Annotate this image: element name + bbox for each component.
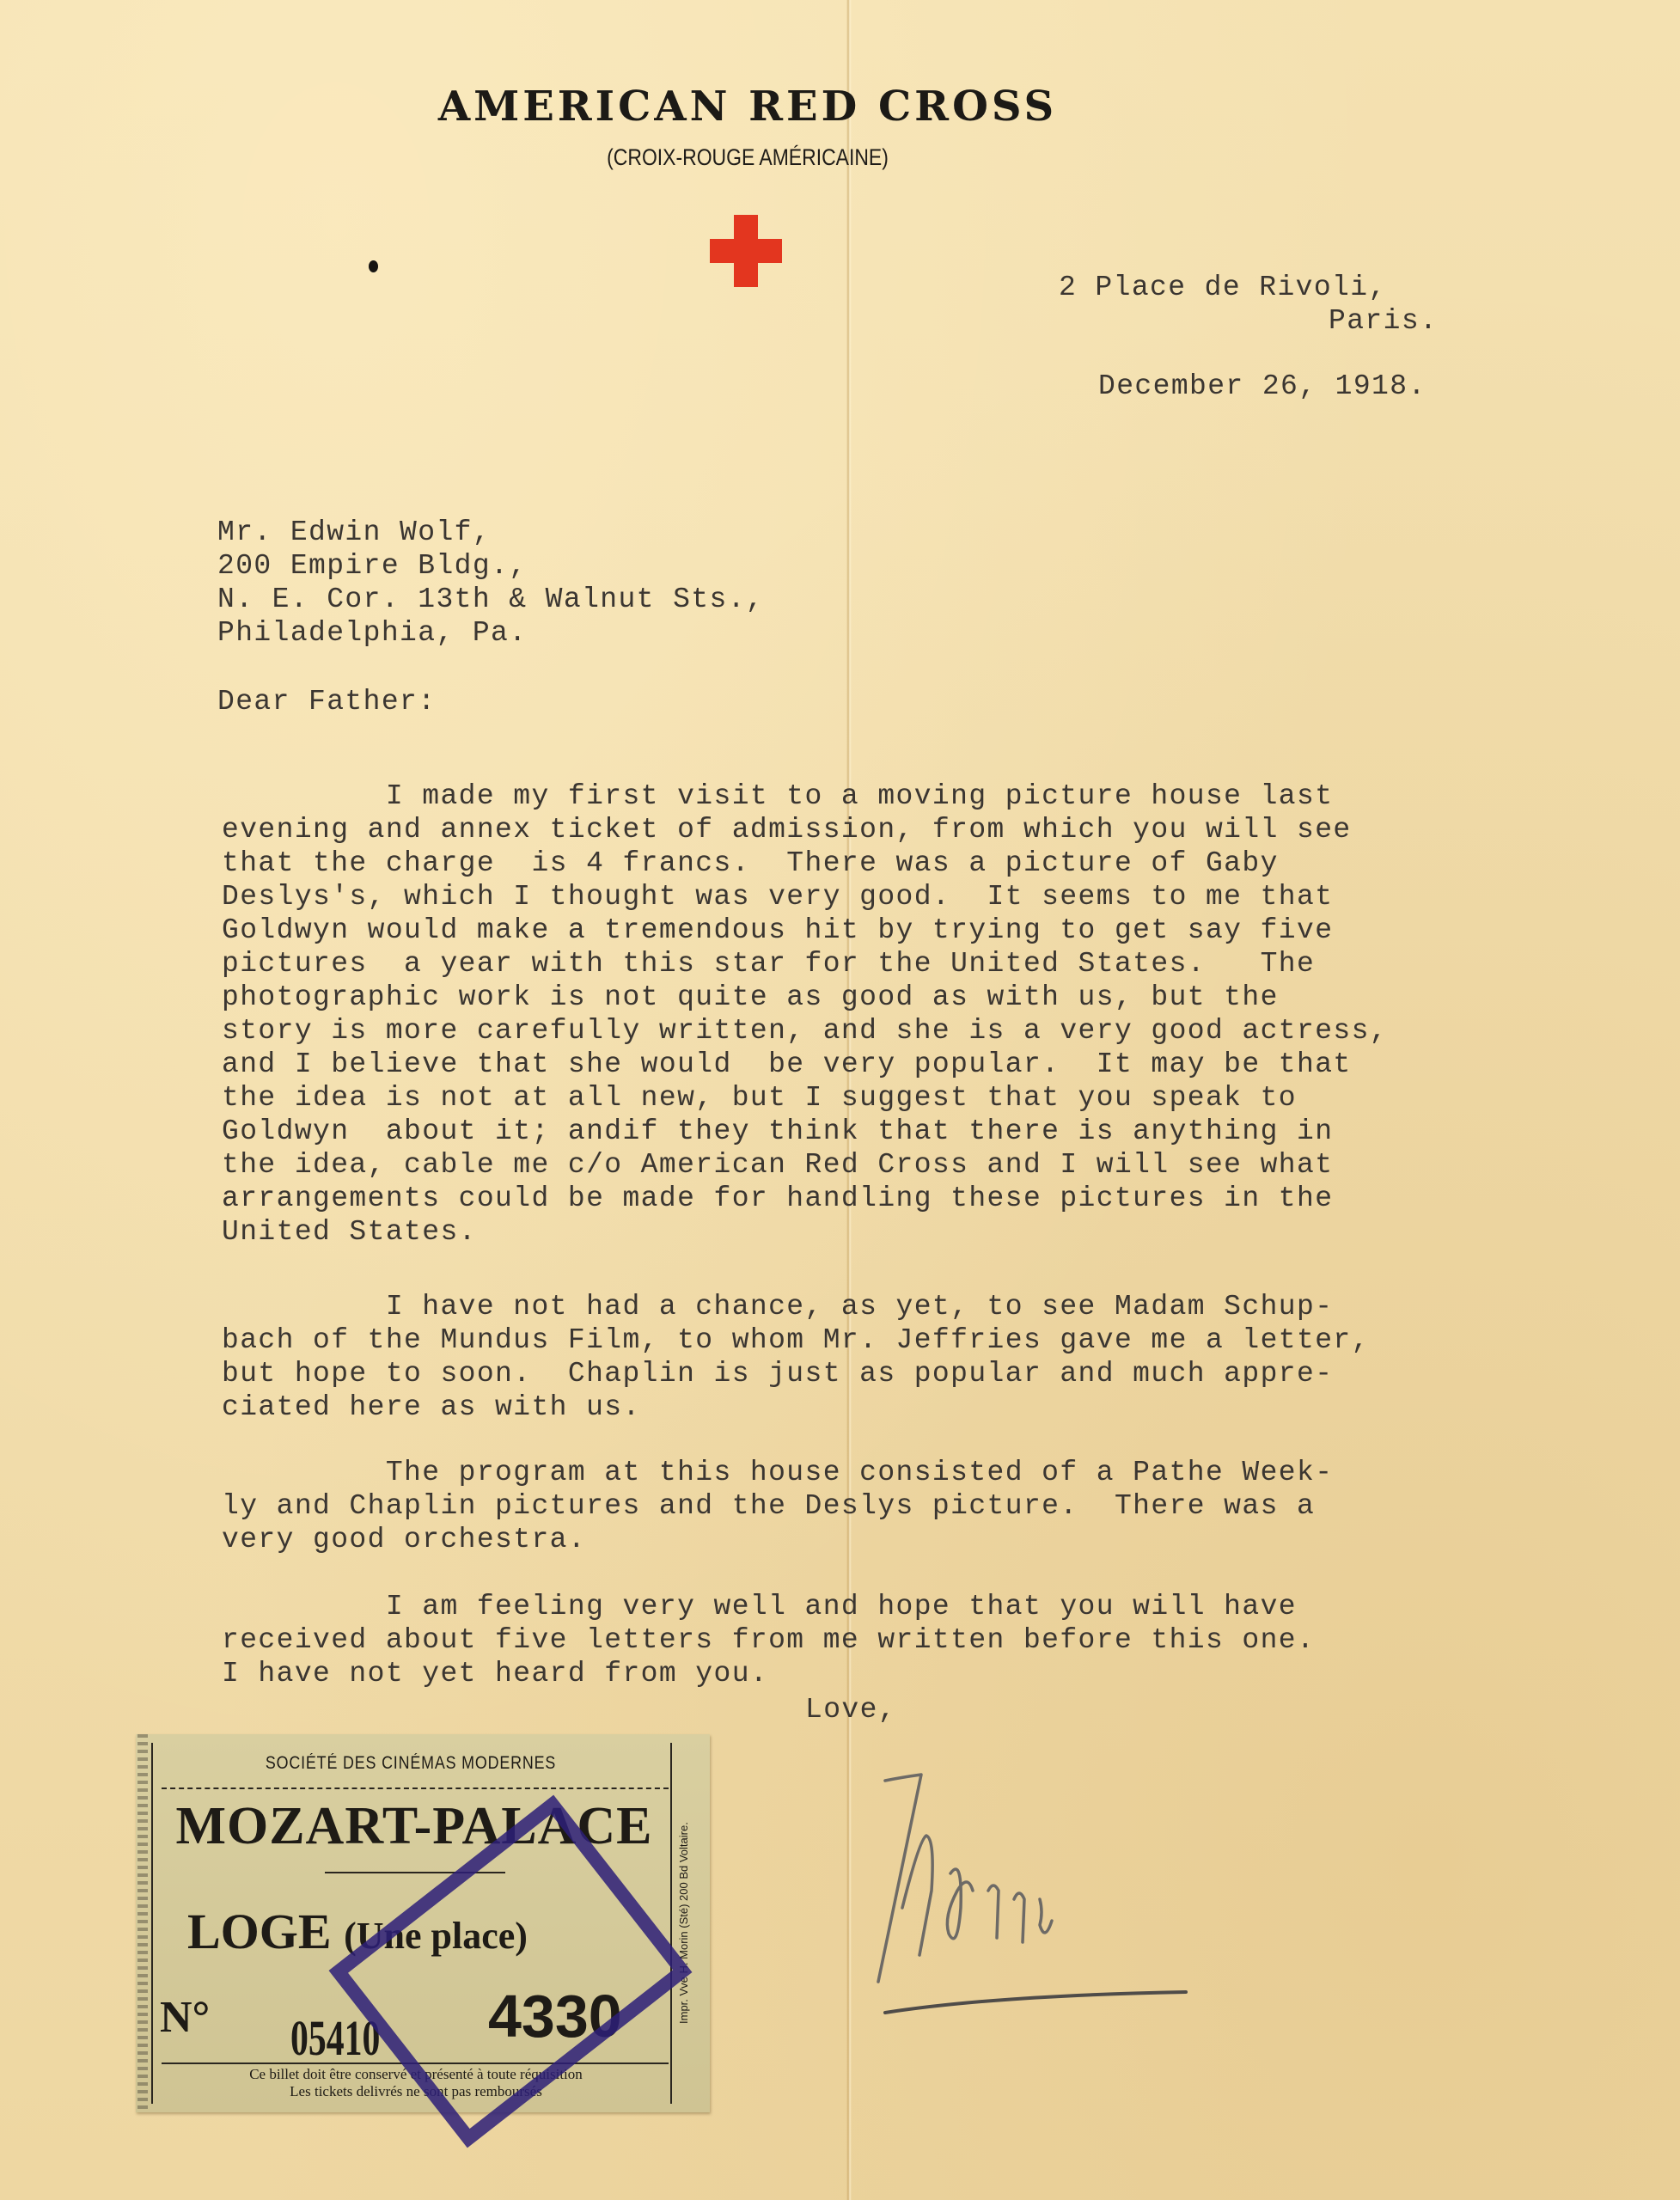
body-line: very good orchestra. [222,1523,1333,1556]
recipient-address: Mr. Edwin Wolf,200 Empire Bldg.,N. E. Co… [217,516,764,650]
body-line: I have not yet heard from you. [222,1657,1315,1690]
recipient-line: Mr. Edwin Wolf, [217,516,764,549]
body-line: I have not had a chance, as yet, to see … [222,1290,1370,1323]
red-cross-icon [710,215,782,287]
body-line: received about five letters from me writ… [222,1623,1315,1657]
body-line: United States. [222,1215,1388,1249]
ticket-border [670,1743,672,2104]
body-line: Goldwyn would make a tremendous hit by t… [222,914,1388,947]
closing: Love, [805,1693,896,1726]
body-line: the idea is not at all new, but I sugges… [222,1081,1388,1115]
body-line: ciated here as with us. [222,1390,1370,1424]
body-line: that the charge is 4 francs. There was a… [222,846,1388,880]
body-line: Goldwyn about it; andif they think that … [222,1115,1388,1148]
recipient-line: 200 Empire Bldg., [217,549,764,583]
ticket-divider [162,1787,669,1789]
sender-address-line: 2 Place de Rivoli, [1059,271,1438,304]
ticket-seat-type: LOGE [187,1904,332,1959]
ticket-company: SOCIÉTÉ DES CINÉMAS MODERNES [199,1753,623,1774]
body-line: evening and annex ticket of admission, f… [222,813,1388,846]
body-line: ly and Chaplin pictures and the Deslys p… [222,1489,1333,1523]
body-paragraph-1: I made my first visit to a moving pictur… [222,746,1388,1282]
body-line: I made my first visit to a moving pictur… [222,779,1388,813]
body-line: and I believe that she would be very pop… [222,1048,1388,1081]
body-line: I am feeling very well and hope that you… [222,1590,1315,1623]
ticket-border [151,1743,153,2104]
recipient-line: N. E. Cor. 13th & Walnut Sts., [217,583,764,616]
ticket-perforation [137,1734,148,2112]
body-line: pictures a year with this star for the U… [222,947,1388,981]
recipient-line: Philadelphia, Pa. [217,616,764,650]
body-line: the idea, cable me c/o American Red Cros… [222,1148,1388,1182]
ticket-note: Les tickets delivrés ne sont pas rembour… [158,2083,674,2100]
salutation: Dear Father: [217,685,436,718]
signature-morris-icon [868,1770,1229,2020]
letter-date: December 26, 1918. [1098,370,1426,403]
body-line: The program at this house consisted of a… [222,1456,1333,1489]
letterhead-subtitle: (CROIX-ROUGE AMÉRICAINE) [492,144,1004,171]
ink-dot [369,260,378,272]
body-line: but hope to soon. Chaplin is just as pop… [222,1357,1370,1390]
body-line: photographic work is not quite as good a… [222,981,1388,1014]
body-line: arrangements could be made for handling … [222,1182,1388,1215]
cinema-ticket: SOCIÉTÉ DES CINÉMAS MODERNES MOZART-PALA… [136,1734,710,2112]
sender-address: 2 Place de Rivoli,Paris. [1059,271,1438,338]
ticket-printer-credit: Impr. Vve H. Morin (Sté) 200 Bd Voltaire… [677,1760,706,2087]
body-line: Deslys's, which I thought was very good.… [222,880,1388,914]
letterhead-title: AMERICAN RED CROSS [335,82,1160,131]
ticket-number-label: N° [160,1992,210,2043]
sender-address-line: Paris. [1059,304,1438,338]
body-paragraph-4: I am feeling very well and hope that you… [222,1556,1315,1724]
body-line: bach of the Mundus Film, to whom Mr. Jef… [222,1323,1370,1357]
handwritten-signature [868,1770,1229,2024]
body-line: story is more carefully written, and she… [222,1014,1388,1048]
